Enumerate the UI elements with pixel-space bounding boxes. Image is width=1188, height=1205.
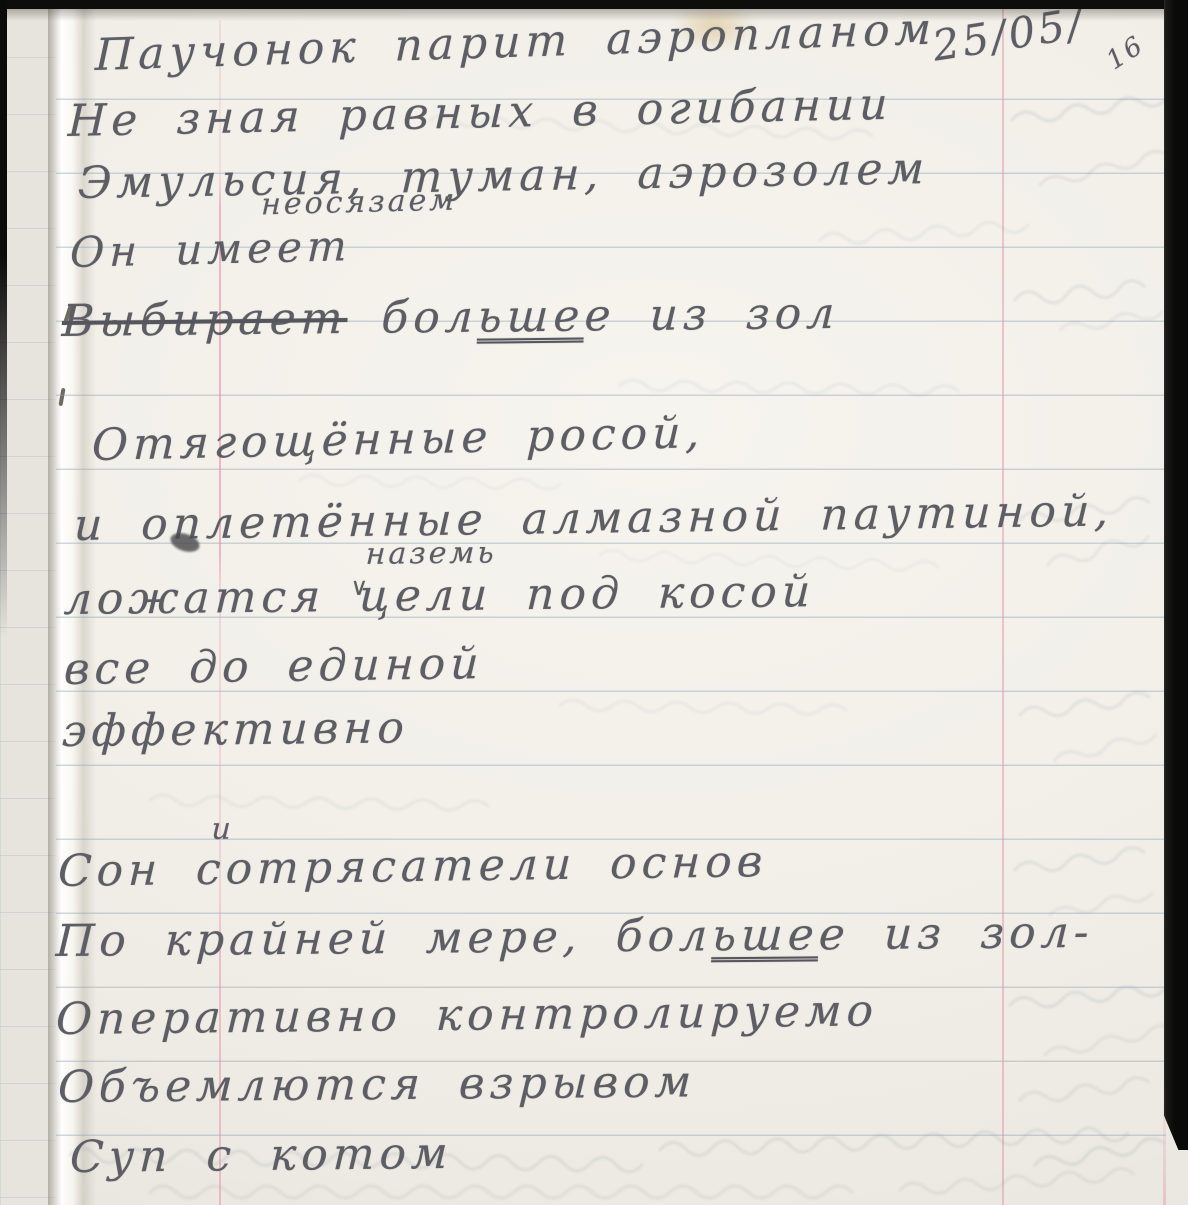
handwritten-line: и оплетённые алмазной паутиной, bbox=[73, 485, 1114, 551]
scanner-edge-top bbox=[0, 0, 1188, 9]
scanner-edge-left bbox=[0, 0, 7, 640]
handwritten-segment: эффективно bbox=[61, 702, 410, 757]
handwriting-layer: Паучонок парит аэропланомНе зная равных … bbox=[0, 0, 1188, 1205]
handwritten-line: все до единой bbox=[63, 638, 485, 695]
handwritten-segment: По крайней мере, бол bbox=[55, 910, 713, 967]
handwritten-segment: Сон сотрясатели основ bbox=[57, 836, 768, 897]
handwritten-line: Эмульсия, туман, аэрозолем bbox=[77, 143, 930, 209]
inserted-word-above-line: неосязаем bbox=[261, 183, 458, 223]
handwritten-line: Он имеетнеосязаем bbox=[69, 221, 352, 277]
handwritten-line: Выбирает большее из зол bbox=[61, 288, 841, 347]
handwritten-segment: ьше bbox=[477, 291, 586, 343]
handwritten-segment: бол bbox=[346, 292, 478, 344]
handwritten-line: эффективно bbox=[61, 702, 410, 757]
handwritten-segment: Оперативно контролируемо bbox=[55, 985, 879, 1045]
handwritten-segment: Он имеет bbox=[69, 221, 352, 277]
handwritten-line: Не зная равных в огибании bbox=[67, 79, 893, 147]
handwritten-segment: ложатся цели под косой bbox=[63, 566, 816, 625]
scanner-edge-right bbox=[1164, 0, 1188, 1150]
insertion-caret: ∨ bbox=[350, 573, 374, 601]
handwritten-segment: все до единой bbox=[63, 638, 485, 695]
handwritten-line: Объемлются взрывом bbox=[57, 1056, 697, 1113]
scanned-notebook-page: Паучонок парит аэропланомНе зная равных … bbox=[0, 0, 1188, 1205]
handwritten-line: Оперативно контролируемо bbox=[55, 985, 879, 1045]
inserted-word-above-line: наземь bbox=[365, 535, 497, 571]
handwritten-line: Суп с котом bbox=[69, 1128, 454, 1183]
handwritten-segment: е из зол bbox=[583, 288, 840, 342]
handwritten-segment: е из зол- bbox=[818, 907, 1095, 960]
handwritten-segment: и оплетённые алмазной паутиной, bbox=[73, 485, 1114, 551]
handwritten-segment: Не зная равных в огибании bbox=[67, 79, 893, 147]
handwritten-line: По крайней мере, большее из зол- bbox=[55, 907, 1095, 967]
handwritten-line: ложатся цели под косойназемь∨ bbox=[63, 566, 816, 625]
handwritten-line: Сон сотрясатели основи bbox=[57, 836, 768, 897]
handwritten-segment: Эмульсия, туман, аэрозолем bbox=[77, 143, 930, 209]
handwritten-line: Отягощённые росой, bbox=[91, 407, 705, 471]
handwritten-segment: Объемлются взрывом bbox=[57, 1056, 697, 1113]
handwritten-segment: Суп с котом bbox=[69, 1128, 454, 1183]
handwritten-segment: Выбирает bbox=[61, 293, 349, 347]
handwritten-segment: ьше bbox=[711, 909, 820, 961]
handwritten-segment: Отягощённые росой, bbox=[91, 407, 705, 471]
inserted-word-above-line: и bbox=[211, 812, 235, 847]
